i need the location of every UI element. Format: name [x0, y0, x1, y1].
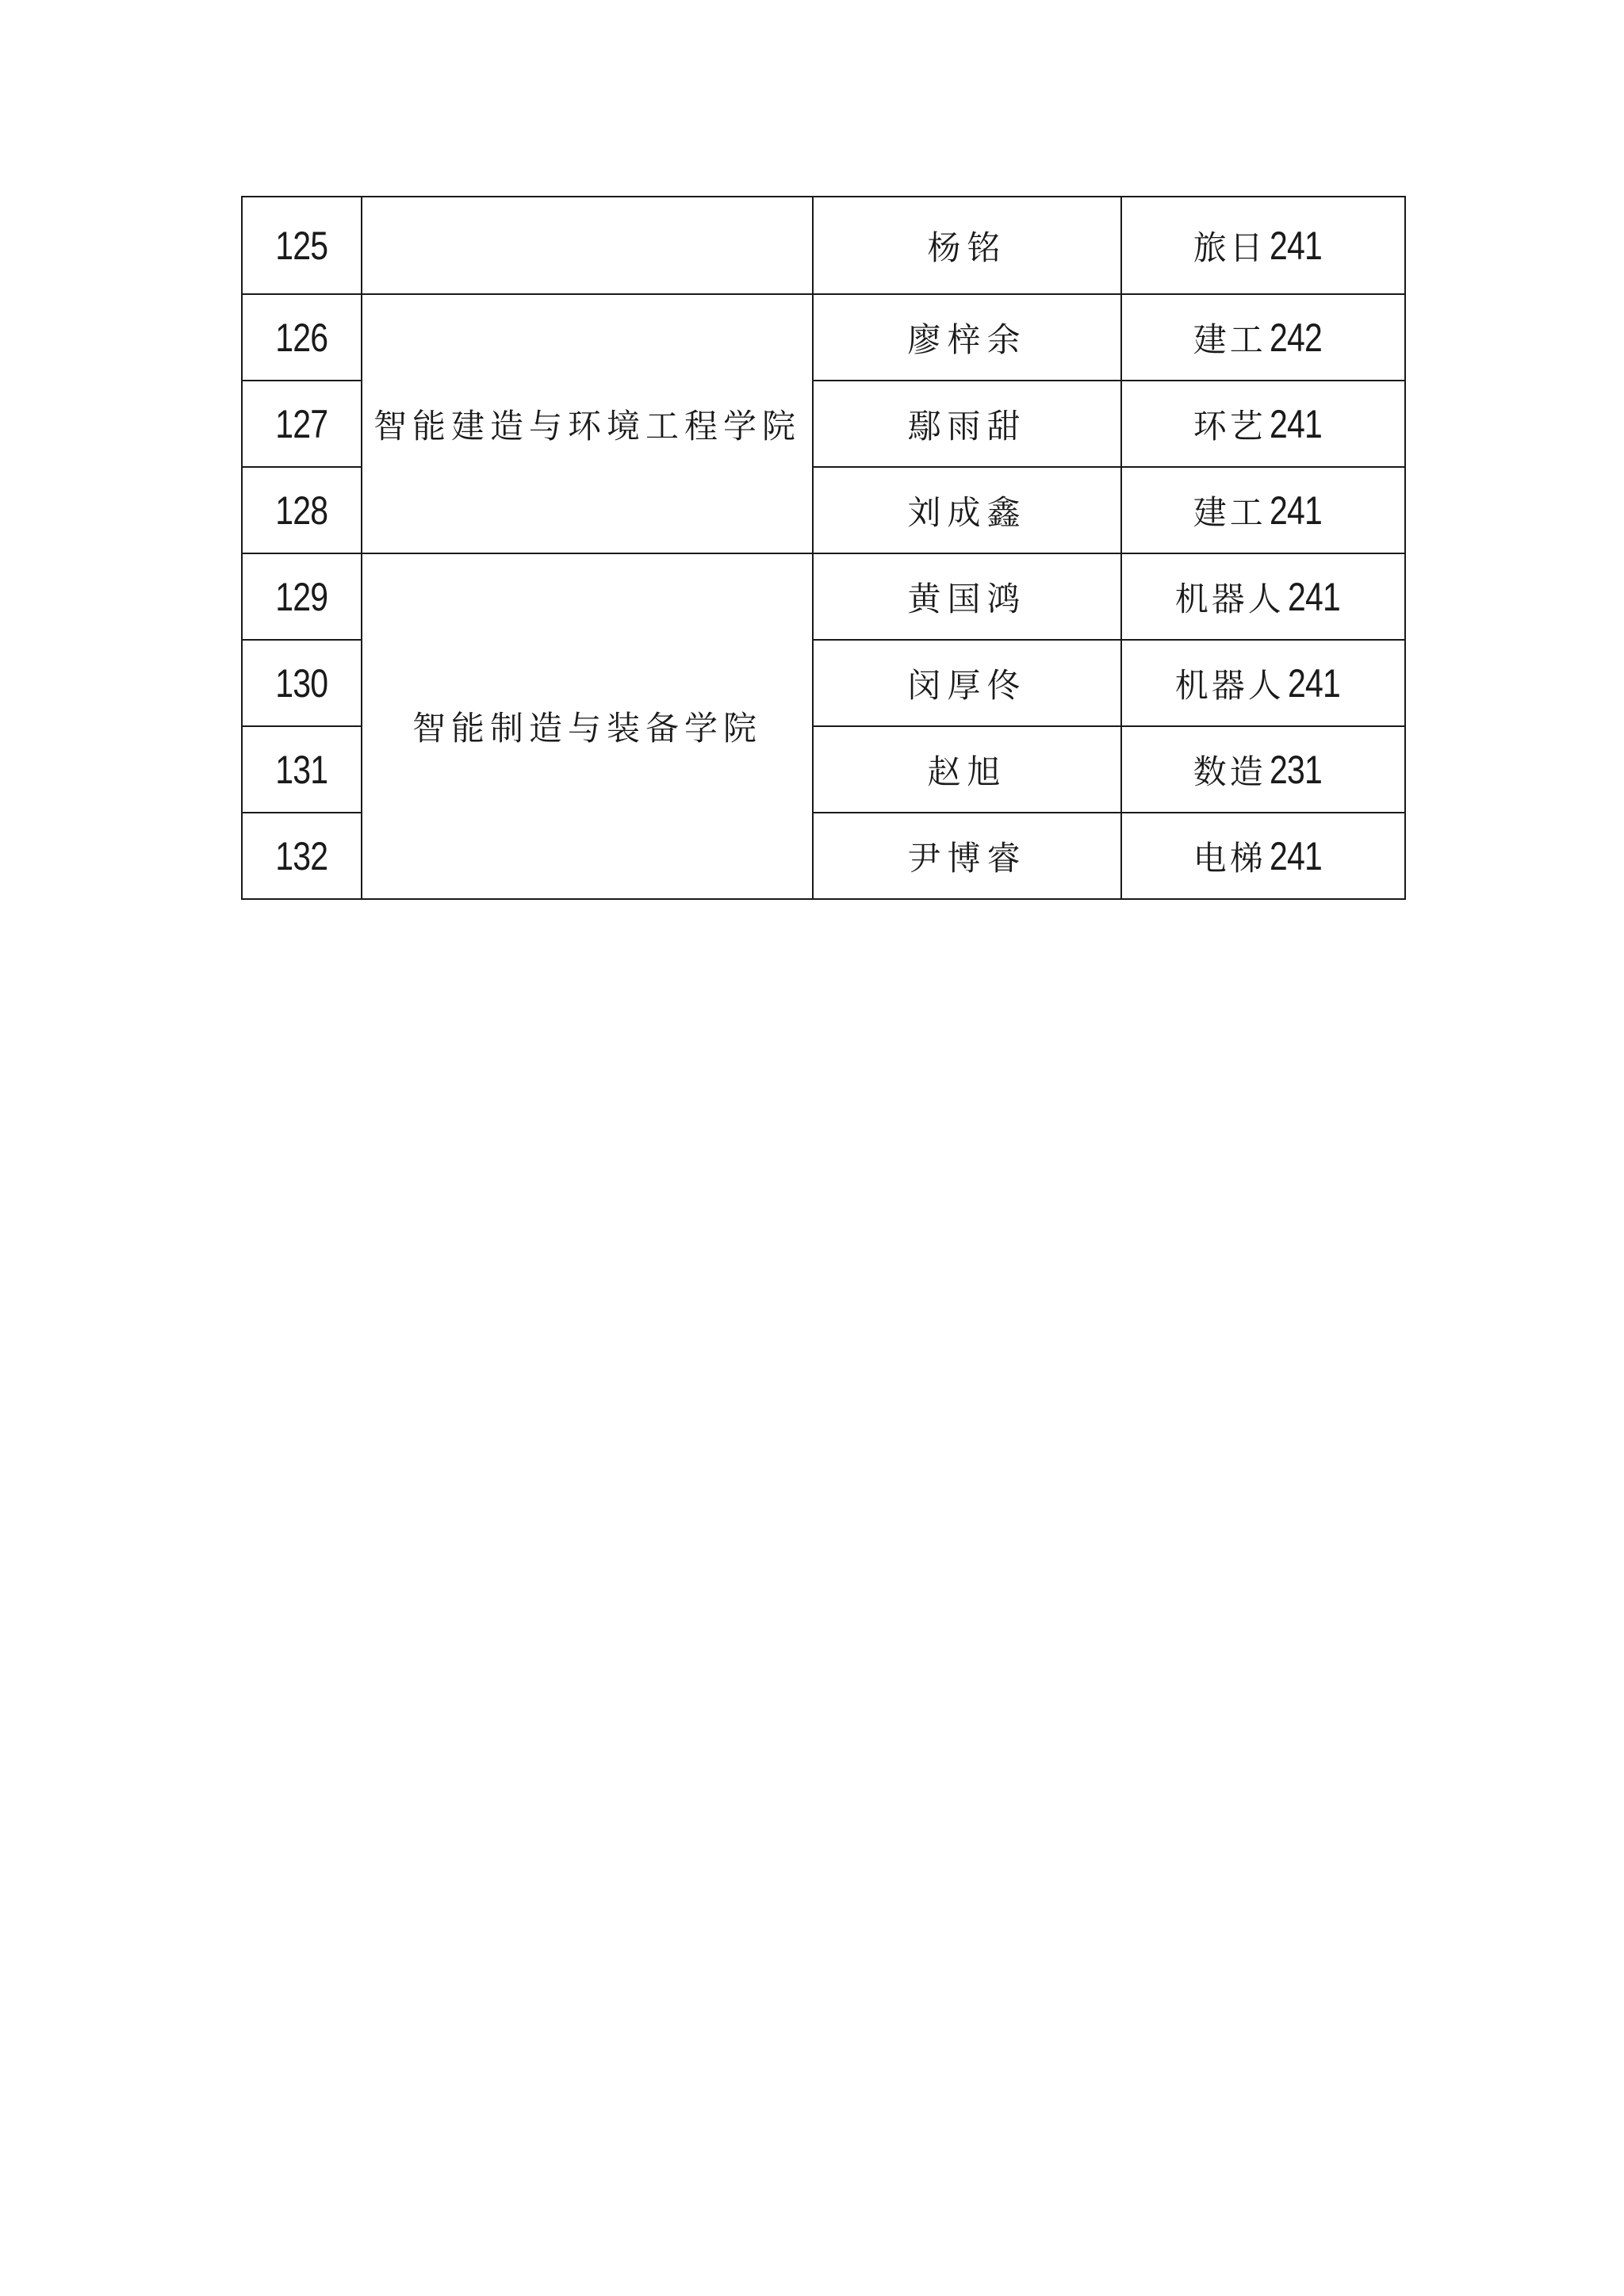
student-name: 黄国鸿 — [907, 580, 1026, 618]
class-label: 环艺241 — [1193, 400, 1333, 448]
class-number: 231 — [1270, 747, 1322, 793]
class-prefix: 环艺 — [1193, 407, 1266, 446]
class-cell: 环艺241 — [1121, 381, 1405, 467]
student-roster-table: 125 杨铭 旅日241 126 智能建造与环境工程学院 廖梓余 建工242 1… — [241, 196, 1406, 900]
row-number: 129 — [276, 574, 328, 620]
row-number: 132 — [276, 833, 328, 879]
class-cell: 电梯241 — [1121, 813, 1405, 899]
class-number: 241 — [1288, 574, 1340, 620]
class-label: 建工242 — [1193, 314, 1333, 362]
row-number: 131 — [276, 747, 328, 793]
college-name: 智能制造与装备学院 — [412, 709, 762, 748]
class-label: 电梯241 — [1193, 832, 1333, 880]
class-cell: 旅日241 — [1121, 197, 1405, 294]
row-number: 127 — [276, 401, 328, 447]
class-prefix: 机器人 — [1175, 580, 1285, 618]
table-row: 129 智能制造与装备学院 黄国鸿 机器人241 — [242, 553, 1405, 640]
student-name-cell: 黄国鸿 — [813, 553, 1121, 640]
table-row: 126 智能建造与环境工程学院 廖梓余 建工242 — [242, 294, 1405, 381]
college-cell — [362, 197, 813, 294]
row-number: 128 — [276, 488, 328, 534]
class-number: 241 — [1270, 833, 1322, 879]
class-prefix: 电梯 — [1193, 839, 1266, 878]
student-name-cell: 赵旭 — [813, 726, 1121, 813]
student-name-cell: 尹博睿 — [813, 813, 1121, 899]
row-number-cell: 126 — [242, 294, 362, 381]
class-number: 241 — [1270, 401, 1322, 447]
class-prefix: 建工 — [1193, 320, 1266, 359]
class-label: 机器人241 — [1175, 573, 1351, 621]
row-number-cell: 129 — [242, 553, 362, 640]
student-name: 鄢雨甜 — [907, 407, 1026, 446]
class-number: 242 — [1270, 315, 1322, 361]
college-name: 智能建造与环境工程学院 — [373, 407, 801, 446]
student-name: 杨铭 — [927, 228, 1006, 267]
class-cell: 机器人241 — [1121, 640, 1405, 726]
row-number: 130 — [276, 660, 328, 706]
student-name: 刘成鑫 — [907, 493, 1026, 532]
document-page: 125 杨铭 旅日241 126 智能建造与环境工程学院 廖梓余 建工242 1… — [0, 0, 1624, 2296]
class-prefix: 旅日 — [1193, 228, 1266, 267]
student-name: 赵旭 — [927, 752, 1006, 791]
class-label: 数造231 — [1193, 746, 1333, 794]
class-prefix: 建工 — [1193, 493, 1266, 532]
student-name-cell: 闵厚佟 — [813, 640, 1121, 726]
class-label: 旅日241 — [1193, 222, 1333, 270]
college-cell: 智能制造与装备学院 — [362, 553, 813, 899]
row-number-cell: 132 — [242, 813, 362, 899]
row-number-cell: 127 — [242, 381, 362, 467]
class-prefix: 数造 — [1193, 752, 1266, 791]
student-name-cell: 鄢雨甜 — [813, 381, 1121, 467]
class-cell: 数造231 — [1121, 726, 1405, 813]
student-name: 闵厚佟 — [907, 666, 1026, 705]
class-cell: 建工242 — [1121, 294, 1405, 381]
student-name-cell: 廖梓余 — [813, 294, 1121, 381]
class-cell: 机器人241 — [1121, 553, 1405, 640]
student-name-cell: 刘成鑫 — [813, 467, 1121, 553]
class-label: 建工241 — [1193, 487, 1333, 534]
row-number-cell: 128 — [242, 467, 362, 553]
row-number-cell: 130 — [242, 640, 362, 726]
student-name-cell: 杨铭 — [813, 197, 1121, 294]
student-name: 廖梓余 — [907, 320, 1026, 359]
college-cell: 智能建造与环境工程学院 — [362, 294, 813, 553]
row-number-cell: 131 — [242, 726, 362, 813]
class-number: 241 — [1270, 223, 1322, 269]
student-name: 尹博睿 — [907, 839, 1026, 878]
class-prefix: 机器人 — [1175, 666, 1285, 705]
row-number: 125 — [276, 223, 328, 269]
class-label: 机器人241 — [1175, 660, 1351, 707]
row-number: 126 — [276, 315, 328, 361]
row-number-cell: 125 — [242, 197, 362, 294]
class-number: 241 — [1270, 488, 1322, 534]
table-row: 125 杨铭 旅日241 — [242, 197, 1405, 294]
class-cell: 建工241 — [1121, 467, 1405, 553]
class-number: 241 — [1288, 660, 1340, 706]
